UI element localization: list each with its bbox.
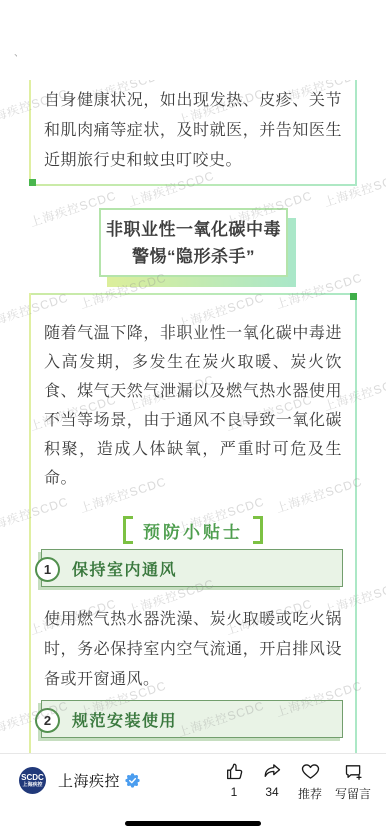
stray-text-fragment: 、 xyxy=(14,44,24,59)
share-icon xyxy=(262,761,283,782)
section-title-line1: 非职业性一氧化碳中毒 xyxy=(101,216,286,243)
footer-bar: SCDC 上海疾控 上海疾控 1 34 xyxy=(0,753,386,834)
tips-header-label: 预防小贴士 xyxy=(143,518,243,543)
account-logo: SCDC 上海疾控 xyxy=(19,767,46,794)
verified-badge-icon xyxy=(125,773,140,788)
action-bar: 1 34 推荐 写留言 xyxy=(215,761,377,802)
tips-header: 预防小贴士 xyxy=(44,515,342,545)
tip-2-number-badge: 2 xyxy=(35,708,60,733)
heart-icon xyxy=(300,761,321,782)
recommend-label: 推荐 xyxy=(298,785,322,802)
card-border-left xyxy=(29,80,31,186)
left-bracket-icon xyxy=(123,516,133,544)
comment-button[interactable]: 写留言 xyxy=(329,761,377,802)
section-title: 非职业性一氧化碳中毒 警惕“隐形杀手” xyxy=(99,208,288,277)
comment-label: 写留言 xyxy=(335,785,371,802)
tip-1-title: 保持室内通风 xyxy=(72,557,177,580)
right-bracket-icon xyxy=(253,516,263,544)
card-corner-accent xyxy=(350,293,357,300)
home-indicator[interactable] xyxy=(125,821,261,826)
tip-2-title: 规范安装使用 xyxy=(72,708,177,731)
share-count: 34 xyxy=(265,785,278,799)
logo-text-bottom: 上海疾控 xyxy=(22,782,42,788)
thumbs-up-icon xyxy=(224,761,245,782)
like-count: 1 xyxy=(231,785,238,799)
card-border-right xyxy=(355,80,357,186)
card-border-top xyxy=(29,293,357,295)
comment-icon xyxy=(343,761,364,782)
account-row[interactable]: SCDC 上海疾控 上海疾控 xyxy=(19,767,140,794)
tip-1-banner: 1 保持室内通风 xyxy=(41,549,343,587)
tip-1-number-badge: 1 xyxy=(35,557,60,582)
intro-paragraph: 自身健康状况，如出现发热、皮疹、关节和肌肉痛等症状，及时就医，并告知医生近期旅行… xyxy=(29,80,357,176)
like-button[interactable]: 1 xyxy=(215,761,253,802)
tip-2-banner: 2 规范安装使用 xyxy=(41,700,343,738)
article-card-main: 随着气温下降，非职业性一氧化碳中毒进入高发期，多发生在炭火取暖、炭火饮食、煤气天… xyxy=(29,293,357,753)
tip-1-body: 使用燃气热水器洗澡、炭火取暖或吃火锅时，务必保持室内空气流通，开启排风设备或开窗… xyxy=(44,605,342,695)
card-corner-accent xyxy=(29,179,36,186)
share-button[interactable]: 34 xyxy=(253,761,291,802)
section-title-line2: 警惕“隐形杀手” xyxy=(101,243,286,270)
account-name: 上海疾控 xyxy=(58,770,120,791)
article-card-fragment: 自身健康状况，如出现发热、皮疹、关节和肌肉痛等症状，及时就医，并告知医生近期旅行… xyxy=(29,80,357,186)
card-border-bottom xyxy=(29,184,357,186)
recommend-button[interactable]: 推荐 xyxy=(291,761,329,802)
logo-text-top: SCDC xyxy=(21,773,44,782)
lead-paragraph: 随着气温下降，非职业性一氧化碳中毒进入高发期，多发生在炭火取暖、炭火饮食、煤气天… xyxy=(44,319,342,493)
